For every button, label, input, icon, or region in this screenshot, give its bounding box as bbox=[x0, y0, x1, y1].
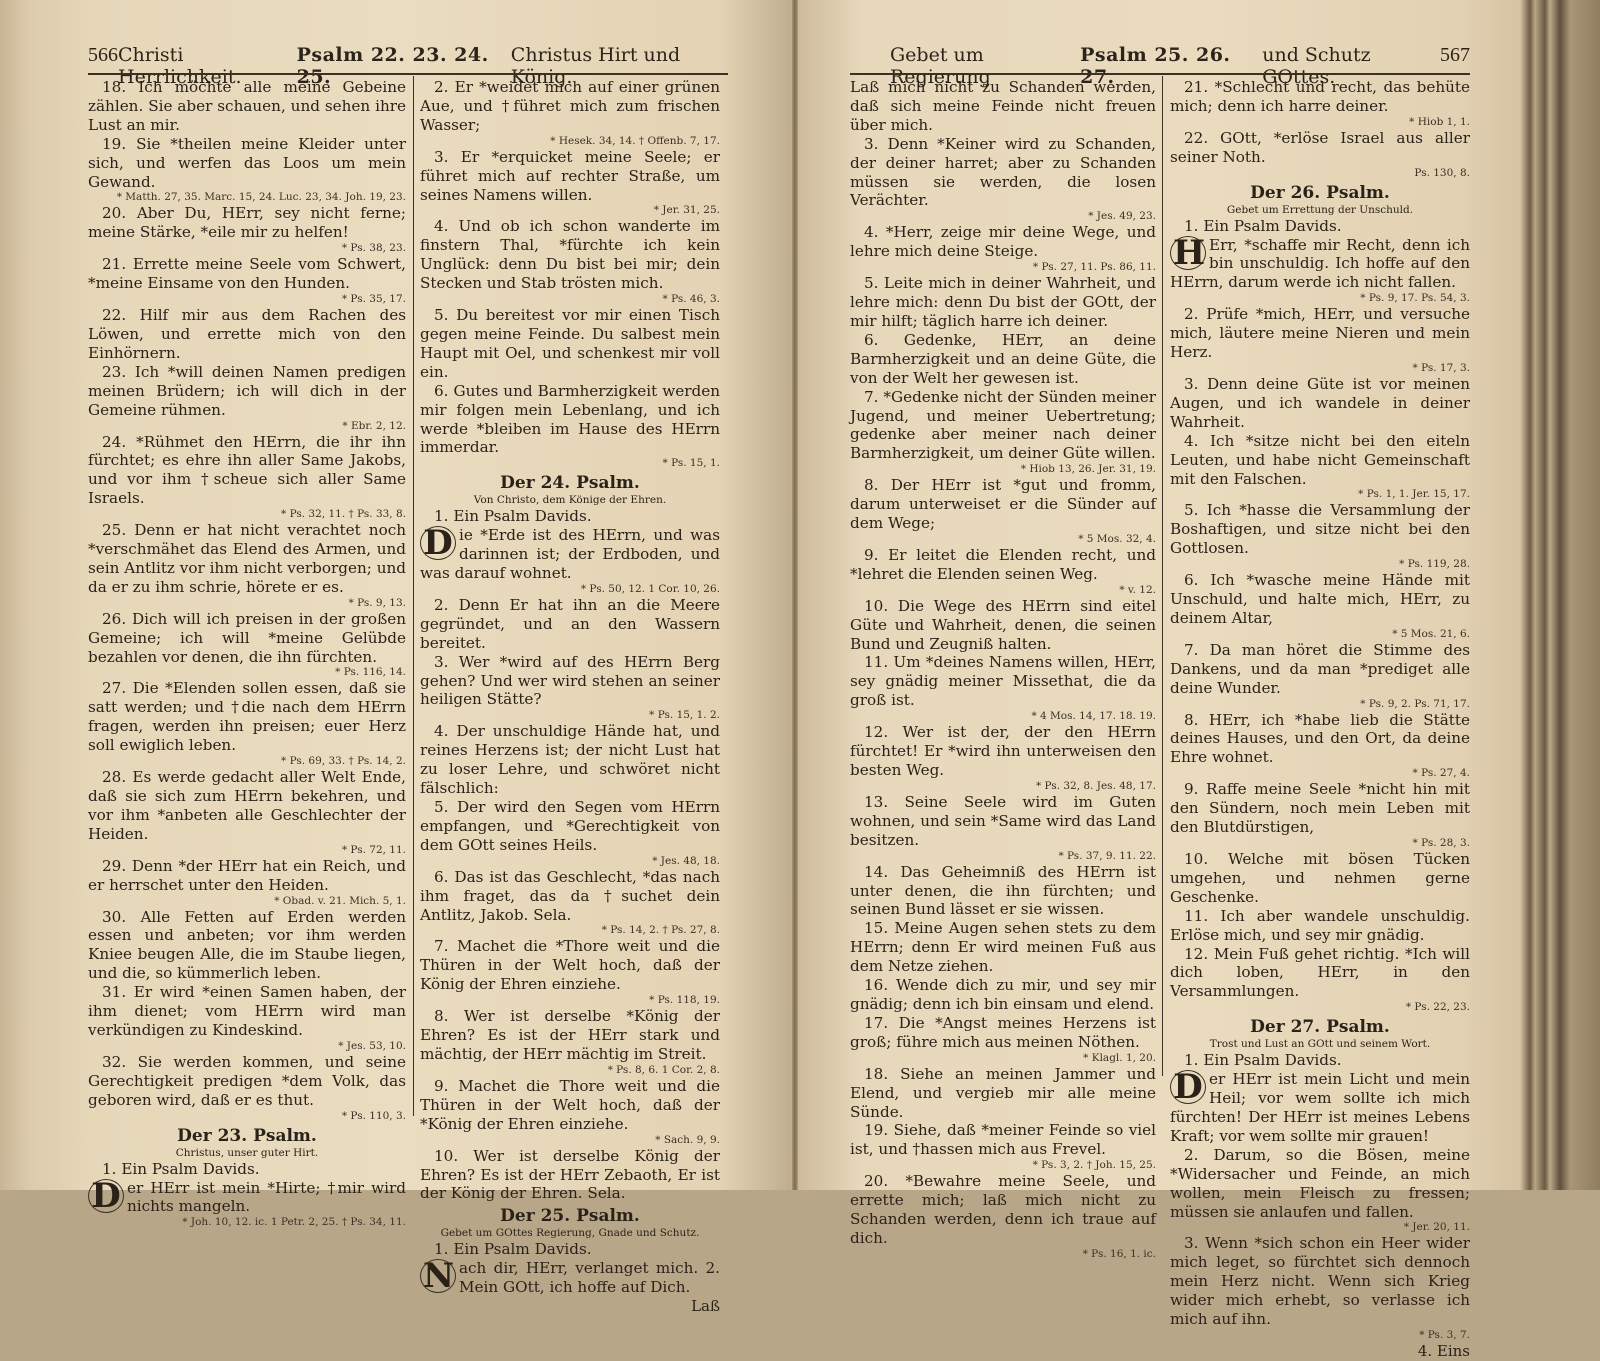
cross-reference: * Ps. 9, 13. bbox=[88, 597, 406, 610]
verse: 2. Denn Er hat ihn an die Meere gegründe… bbox=[420, 596, 720, 653]
verse: 27. Die *Elenden sollen essen, daß sie s… bbox=[88, 679, 406, 755]
verse: 1. Ein Psalm Davids. bbox=[1170, 1051, 1470, 1070]
verse: 6. Ich *wasche meine Hände mit Unschuld,… bbox=[1170, 571, 1470, 628]
cross-reference: * Ps. 110, 3. bbox=[88, 1110, 406, 1123]
cross-reference: * Jes. 48, 18. bbox=[420, 855, 720, 868]
verse: Laß mich nicht zu Schanden werden, daß s… bbox=[850, 78, 1156, 135]
verse: 24. *Rühmet den HErrn, die ihr ihn fürch… bbox=[88, 433, 406, 509]
drop-cap-initial: D bbox=[420, 526, 456, 560]
verse: 20. Aber Du, HErr, sey nicht ferne; mein… bbox=[88, 204, 406, 242]
verse: 15. Meine Augen sehen stets zu dem HErrn… bbox=[850, 919, 1156, 976]
cross-reference: * Ps. 15, 1. bbox=[420, 457, 720, 470]
verse: 12. Mein Fuß gehet richtig. *Ich will di… bbox=[1170, 945, 1470, 1002]
cross-reference: * Ps. 1, 1. Jer. 15, 17. bbox=[1170, 488, 1470, 501]
verse: 3. Er *erquicket meine Seele; er führet … bbox=[420, 148, 720, 205]
verse: 3. Wer *wird auf des HErrn Berg gehen? U… bbox=[420, 653, 720, 710]
verse: 6. Gutes und Barmherzigkeit werden mir f… bbox=[420, 382, 720, 458]
verse: 10. Die Wege des HErrn sind eitel Güte u… bbox=[850, 597, 1156, 654]
cross-reference: * Ps. 9, 2. Ps. 71, 17. bbox=[1170, 698, 1470, 711]
verse: 8. Der HErr ist *gut und fromm, darum un… bbox=[850, 476, 1156, 533]
verse: 9. Raffe meine Seele *nicht hin mit den … bbox=[1170, 780, 1470, 837]
cross-reference: * Ebr. 2, 12. bbox=[88, 420, 406, 433]
verse: 14. Das Geheimniß des HErrn ist unter de… bbox=[850, 863, 1156, 920]
verse-text: er HErr ist mein Licht und mein Heil; vo… bbox=[1170, 1070, 1470, 1145]
cross-reference: * Ps. 3, 2. † Joh. 15, 25. bbox=[850, 1159, 1156, 1172]
right-page-column-1: Laß mich nicht zu Schanden werden, daß s… bbox=[850, 78, 1156, 1190]
verse: 5. Der wird den Segen vom HErrn empfange… bbox=[420, 798, 720, 855]
verse: 19. Sie *theilen meine Kleider unter sic… bbox=[88, 135, 406, 192]
psalm-summary: Gebet um Errettung der Unschuld. bbox=[1170, 204, 1470, 217]
verse: 5. Leite mich in deiner Wahrheit, und le… bbox=[850, 274, 1156, 331]
verse: 6. Das ist das Geschlecht, *das nach ihm… bbox=[420, 868, 720, 925]
verse: 10. Welche mit bösen Tücken umgehen, und… bbox=[1170, 850, 1470, 907]
verse: 25. Denn er hat nicht verachtet noch *ve… bbox=[88, 521, 406, 597]
verse: 9. Machet die Thore weit und die Thüren … bbox=[420, 1077, 720, 1134]
left-page-header: 566 Christi Herrlichkeit. Psalm 22. 23. … bbox=[88, 44, 728, 74]
cross-reference: * Ps. 27, 11. Ps. 86, 11. bbox=[850, 261, 1156, 274]
column-divider bbox=[413, 76, 414, 1116]
open-book-spread: 566 Christi Herrlichkeit. Psalm 22. 23. … bbox=[0, 0, 1600, 1190]
verse-with-initial: Der HErr ist mein *Hirte; †mir wird nich… bbox=[88, 1179, 406, 1191]
verse: 8. Wer ist derselbe *König der Ehren? Es… bbox=[420, 1007, 720, 1064]
psalm-heading: Der 23. Psalm. bbox=[88, 1125, 406, 1147]
verse: 22. Hilf mir aus dem Rachen des Löwen, u… bbox=[88, 306, 406, 363]
cross-reference: * Ps. 37, 9. 11. 22. bbox=[850, 850, 1156, 863]
verse: 13. Seine Seele wird im Guten wohnen, un… bbox=[850, 793, 1156, 850]
psalm-heading: Der 24. Psalm. bbox=[420, 472, 720, 494]
verse-with-initial: Der HErr ist mein Licht und mein Heil; v… bbox=[1170, 1070, 1470, 1146]
cross-reference: * 5 Mos. 21, 6. bbox=[1170, 628, 1470, 641]
verse-text: er HErr ist mein *Hirte; †mir wird nicht… bbox=[127, 1179, 406, 1191]
cross-reference: Ps. 130, 8. bbox=[1170, 167, 1470, 180]
cross-reference: * Ps. 32, 11. † Ps. 33, 8. bbox=[88, 508, 406, 521]
cross-reference: * v. 12. bbox=[850, 584, 1156, 597]
cross-reference: * Ps. 17, 3. bbox=[1170, 362, 1470, 375]
cross-reference: * Ps. 35, 17. bbox=[88, 293, 406, 306]
verse: 29. Denn *der HErr hat ein Reich, und er… bbox=[88, 857, 406, 895]
psalm-summary: Christus, unser guter Hirt. bbox=[88, 1147, 406, 1160]
verse: 4. *Herr, zeige mir deine Wege, und lehr… bbox=[850, 223, 1156, 261]
psalm-summary: Von Christo, dem Könige der Ehren. bbox=[420, 494, 720, 507]
verse: 3. Denn *Keiner wird zu Schanden, der de… bbox=[850, 135, 1156, 211]
drop-cap-initial: D bbox=[1170, 1070, 1206, 1104]
verse: 21. Errette meine Seele vom Schwert, *me… bbox=[88, 255, 406, 293]
cross-reference: * Hiob 13, 26. Jer. 31, 19. bbox=[850, 463, 1156, 476]
page-number: 566 bbox=[88, 44, 118, 67]
cross-reference: * Jes. 49, 23. bbox=[850, 210, 1156, 223]
verse: 1. Ein Psalm Davids. bbox=[420, 507, 720, 526]
cross-reference: * Ps. 118, 19. bbox=[420, 994, 720, 1007]
verse: 23. Ich *will deinen Namen predigen mein… bbox=[88, 363, 406, 420]
verse: 21. *Schlecht und recht, das behüte mich… bbox=[1170, 78, 1470, 116]
cross-reference: * Hesek. 34, 14. † Offenb. 7, 17. bbox=[420, 135, 720, 148]
verse: 5. Ich *hasse die Versammlung der Boshaf… bbox=[1170, 501, 1470, 558]
header-rule bbox=[850, 73, 1470, 75]
cross-reference: * Ps. 28, 3. bbox=[1170, 837, 1470, 850]
verse: 9. Er leitet die Elenden recht, und *leh… bbox=[850, 546, 1156, 584]
psalm-heading: Der 26. Psalm. bbox=[1170, 182, 1470, 204]
verse: 28. Es werde gedacht aller Welt Ende, da… bbox=[88, 768, 406, 844]
verse: 7. Da man höret die Stimme des Dankens, … bbox=[1170, 641, 1470, 698]
cross-reference: * Matth. 27, 35. Marc. 15, 24. Luc. 23, … bbox=[88, 191, 406, 204]
psalm-summary: Trost und Lust an GOtt und seinem Wort. bbox=[1170, 1038, 1470, 1051]
verse: 16. Wende dich zu mir, und sey mir gnädi… bbox=[850, 976, 1156, 1014]
verse: 31. Er wird *einen Samen haben, der ihm … bbox=[88, 983, 406, 1040]
cross-reference: * Ps. 50, 12. 1 Cor. 10, 26. bbox=[420, 583, 720, 596]
cross-reference: * Ps. 32, 8. Jes. 48, 17. bbox=[850, 780, 1156, 793]
verse: 17. Die *Angst meines Herzens ist groß; … bbox=[850, 1014, 1156, 1052]
cross-reference: * Ps. 9, 17. Ps. 54, 3. bbox=[1170, 292, 1470, 305]
cross-reference: * Ps. 22, 23. bbox=[1170, 1001, 1470, 1014]
verse: 20. *Bewahre meine Seele, und errette mi… bbox=[850, 1172, 1156, 1190]
verse: 18. Ich möchte alle meine Gebeine zählen… bbox=[88, 78, 406, 135]
cross-reference: * Klagl. 1, 20. bbox=[850, 1052, 1156, 1065]
verse: 1. Ein Psalm Davids. bbox=[88, 1160, 406, 1179]
verse: 6. Gedenke, HErr, an deine Barmherzigkei… bbox=[850, 331, 1156, 388]
cross-reference: * Ps. 8, 6. 1 Cor. 2, 8. bbox=[420, 1064, 720, 1077]
verse: 4. Ich *sitze nicht bei den eiteln Leute… bbox=[1170, 432, 1470, 489]
verse-text: Err, *schaffe mir Recht, denn ich bin un… bbox=[1170, 236, 1470, 292]
cross-reference: * 4 Mos. 14, 17. 18. 19. bbox=[850, 710, 1156, 723]
right-page-header: Gebet um Regierung Psalm 25. 26. 27. und… bbox=[850, 44, 1470, 74]
verse: 2. Prüfe *mich, HErr, und versuche mich,… bbox=[1170, 305, 1470, 362]
verse-with-initial: HErr, *schaffe mir Recht, denn ich bin u… bbox=[1170, 236, 1470, 293]
verse: 26. Dich will ich preisen in der großen … bbox=[88, 610, 406, 667]
verse: 12. Wer ist der, der den HErrn fürchtet!… bbox=[850, 723, 1156, 780]
verse: 7. Machet die *Thore weit und die Thüren… bbox=[420, 937, 720, 994]
verse: 3. Denn deine Güte ist vor meinen Augen,… bbox=[1170, 375, 1470, 432]
cross-reference: * Obad. v. 21. Mich. 5, 1. bbox=[88, 895, 406, 908]
cross-reference: * Ps. 69, 33. † Ps. 14, 2. bbox=[88, 755, 406, 768]
header-rule bbox=[88, 73, 728, 75]
cross-reference: * Jer. 31, 25. bbox=[420, 204, 720, 217]
cross-reference: * Ps. 72, 11. bbox=[88, 844, 406, 857]
verse: 1. Ein Psalm Davids. bbox=[1170, 217, 1470, 236]
verse: 22. GOtt, *erlöse Israel aus aller seine… bbox=[1170, 129, 1470, 167]
cross-reference: * Ps. 116, 14. bbox=[88, 666, 406, 679]
psalm-heading: Der 27. Psalm. bbox=[1170, 1016, 1470, 1038]
verse: 30. Alle Fetten auf Erden werden essen u… bbox=[88, 908, 406, 984]
cross-reference: * Ps. 15, 1. 2. bbox=[420, 709, 720, 722]
verse: 4. Der unschuldige Hände hat, und reines… bbox=[420, 722, 720, 798]
verse: 4. Und ob ich schon wanderte im finstern… bbox=[420, 217, 720, 293]
verse-with-initial: Die *Erde ist des HErrn, und was darinne… bbox=[420, 526, 720, 583]
verse: 32. Sie werden kommen, und seine Gerecht… bbox=[88, 1053, 406, 1110]
verse: 10. Wer ist derselbe König der Ehren? Es… bbox=[420, 1147, 720, 1190]
left-page: 566 Christi Herrlichkeit. Psalm 22. 23. … bbox=[88, 0, 728, 1190]
cross-reference: * Hiob 1, 1. bbox=[1170, 116, 1470, 129]
column-divider bbox=[1162, 76, 1163, 1076]
right-page-column-2: 21. *Schlecht und recht, das behüte mich… bbox=[1170, 78, 1470, 1190]
verse: 11. Ich aber wandele unschuldig. Erlöse … bbox=[1170, 907, 1470, 945]
verse: 11. Um *deines Namens willen, HErr, sey … bbox=[850, 653, 1156, 710]
cross-reference: * Ps. 14, 2. † Ps. 27, 8. bbox=[420, 924, 720, 937]
cross-reference: * Sach. 9, 9. bbox=[420, 1134, 720, 1147]
drop-cap-initial: H bbox=[1170, 236, 1206, 270]
verse: 5. Du bereitest vor mir einen Tisch gege… bbox=[420, 306, 720, 382]
verse: 7. *Gedenke nicht der Sünden meiner Juge… bbox=[850, 388, 1156, 464]
verse: 2. Er *weidet mich auf einer grünen Aue,… bbox=[420, 78, 720, 135]
cross-reference: * Ps. 119, 28. bbox=[1170, 558, 1470, 571]
cross-reference: * Ps. 46, 3. bbox=[420, 293, 720, 306]
page-number: 567 bbox=[1440, 44, 1470, 67]
verse: 18. Siehe an meinen Jammer und Elend, un… bbox=[850, 1065, 1156, 1122]
left-page-column-2: 2. Er *weidet mich auf einer grünen Aue,… bbox=[420, 78, 720, 1190]
verse: 19. Siehe, daß *meiner Feinde so viel is… bbox=[850, 1121, 1156, 1159]
verse-text: ie *Erde ist des HErrn, und was darinnen… bbox=[420, 526, 720, 582]
left-page-column-1: 18. Ich möchte alle meine Gebeine zählen… bbox=[88, 78, 406, 1190]
cross-reference: * Jes. 53, 10. bbox=[88, 1040, 406, 1053]
right-page: Gebet um Regierung Psalm 25. 26. 27. und… bbox=[850, 0, 1470, 1190]
cross-reference: * Ps. 38, 23. bbox=[88, 242, 406, 255]
book-gutter bbox=[792, 0, 798, 1190]
drop-cap-initial: D bbox=[88, 1179, 124, 1191]
verse: 2. Darum, so die Bösen, meine *Widersach… bbox=[1170, 1146, 1470, 1190]
cross-reference: * 5 Mos. 32, 4. bbox=[850, 533, 1156, 546]
cross-reference: * Ps. 27, 4. bbox=[1170, 767, 1470, 780]
verse: 8. HErr, ich *habe lieb die Stätte deine… bbox=[1170, 711, 1470, 768]
